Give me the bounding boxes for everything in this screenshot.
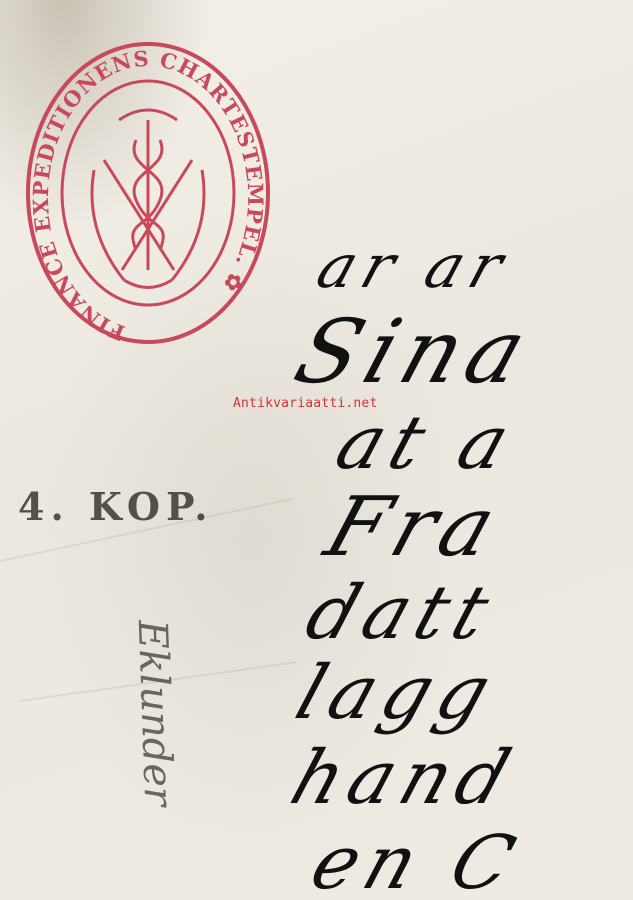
red-seal-stamp: FINANCE EXPEDITIONENS CHARTESTEMPEL. ✿ (24, 40, 272, 346)
caduceus-icon (92, 110, 204, 288)
handwriting-line: hand (281, 735, 528, 821)
handwriting-line: at a (326, 400, 527, 486)
handwriting-line: Fra (315, 480, 515, 575)
handwriting-line: datt (296, 570, 507, 656)
handwriting-line: ar ar (309, 232, 520, 302)
handwriting-line: en C (301, 820, 533, 900)
handwriting-line: Sina (283, 300, 546, 403)
handwriting-line: lagg (286, 650, 508, 736)
denomination-stamp: 4. KOP. (18, 484, 214, 529)
